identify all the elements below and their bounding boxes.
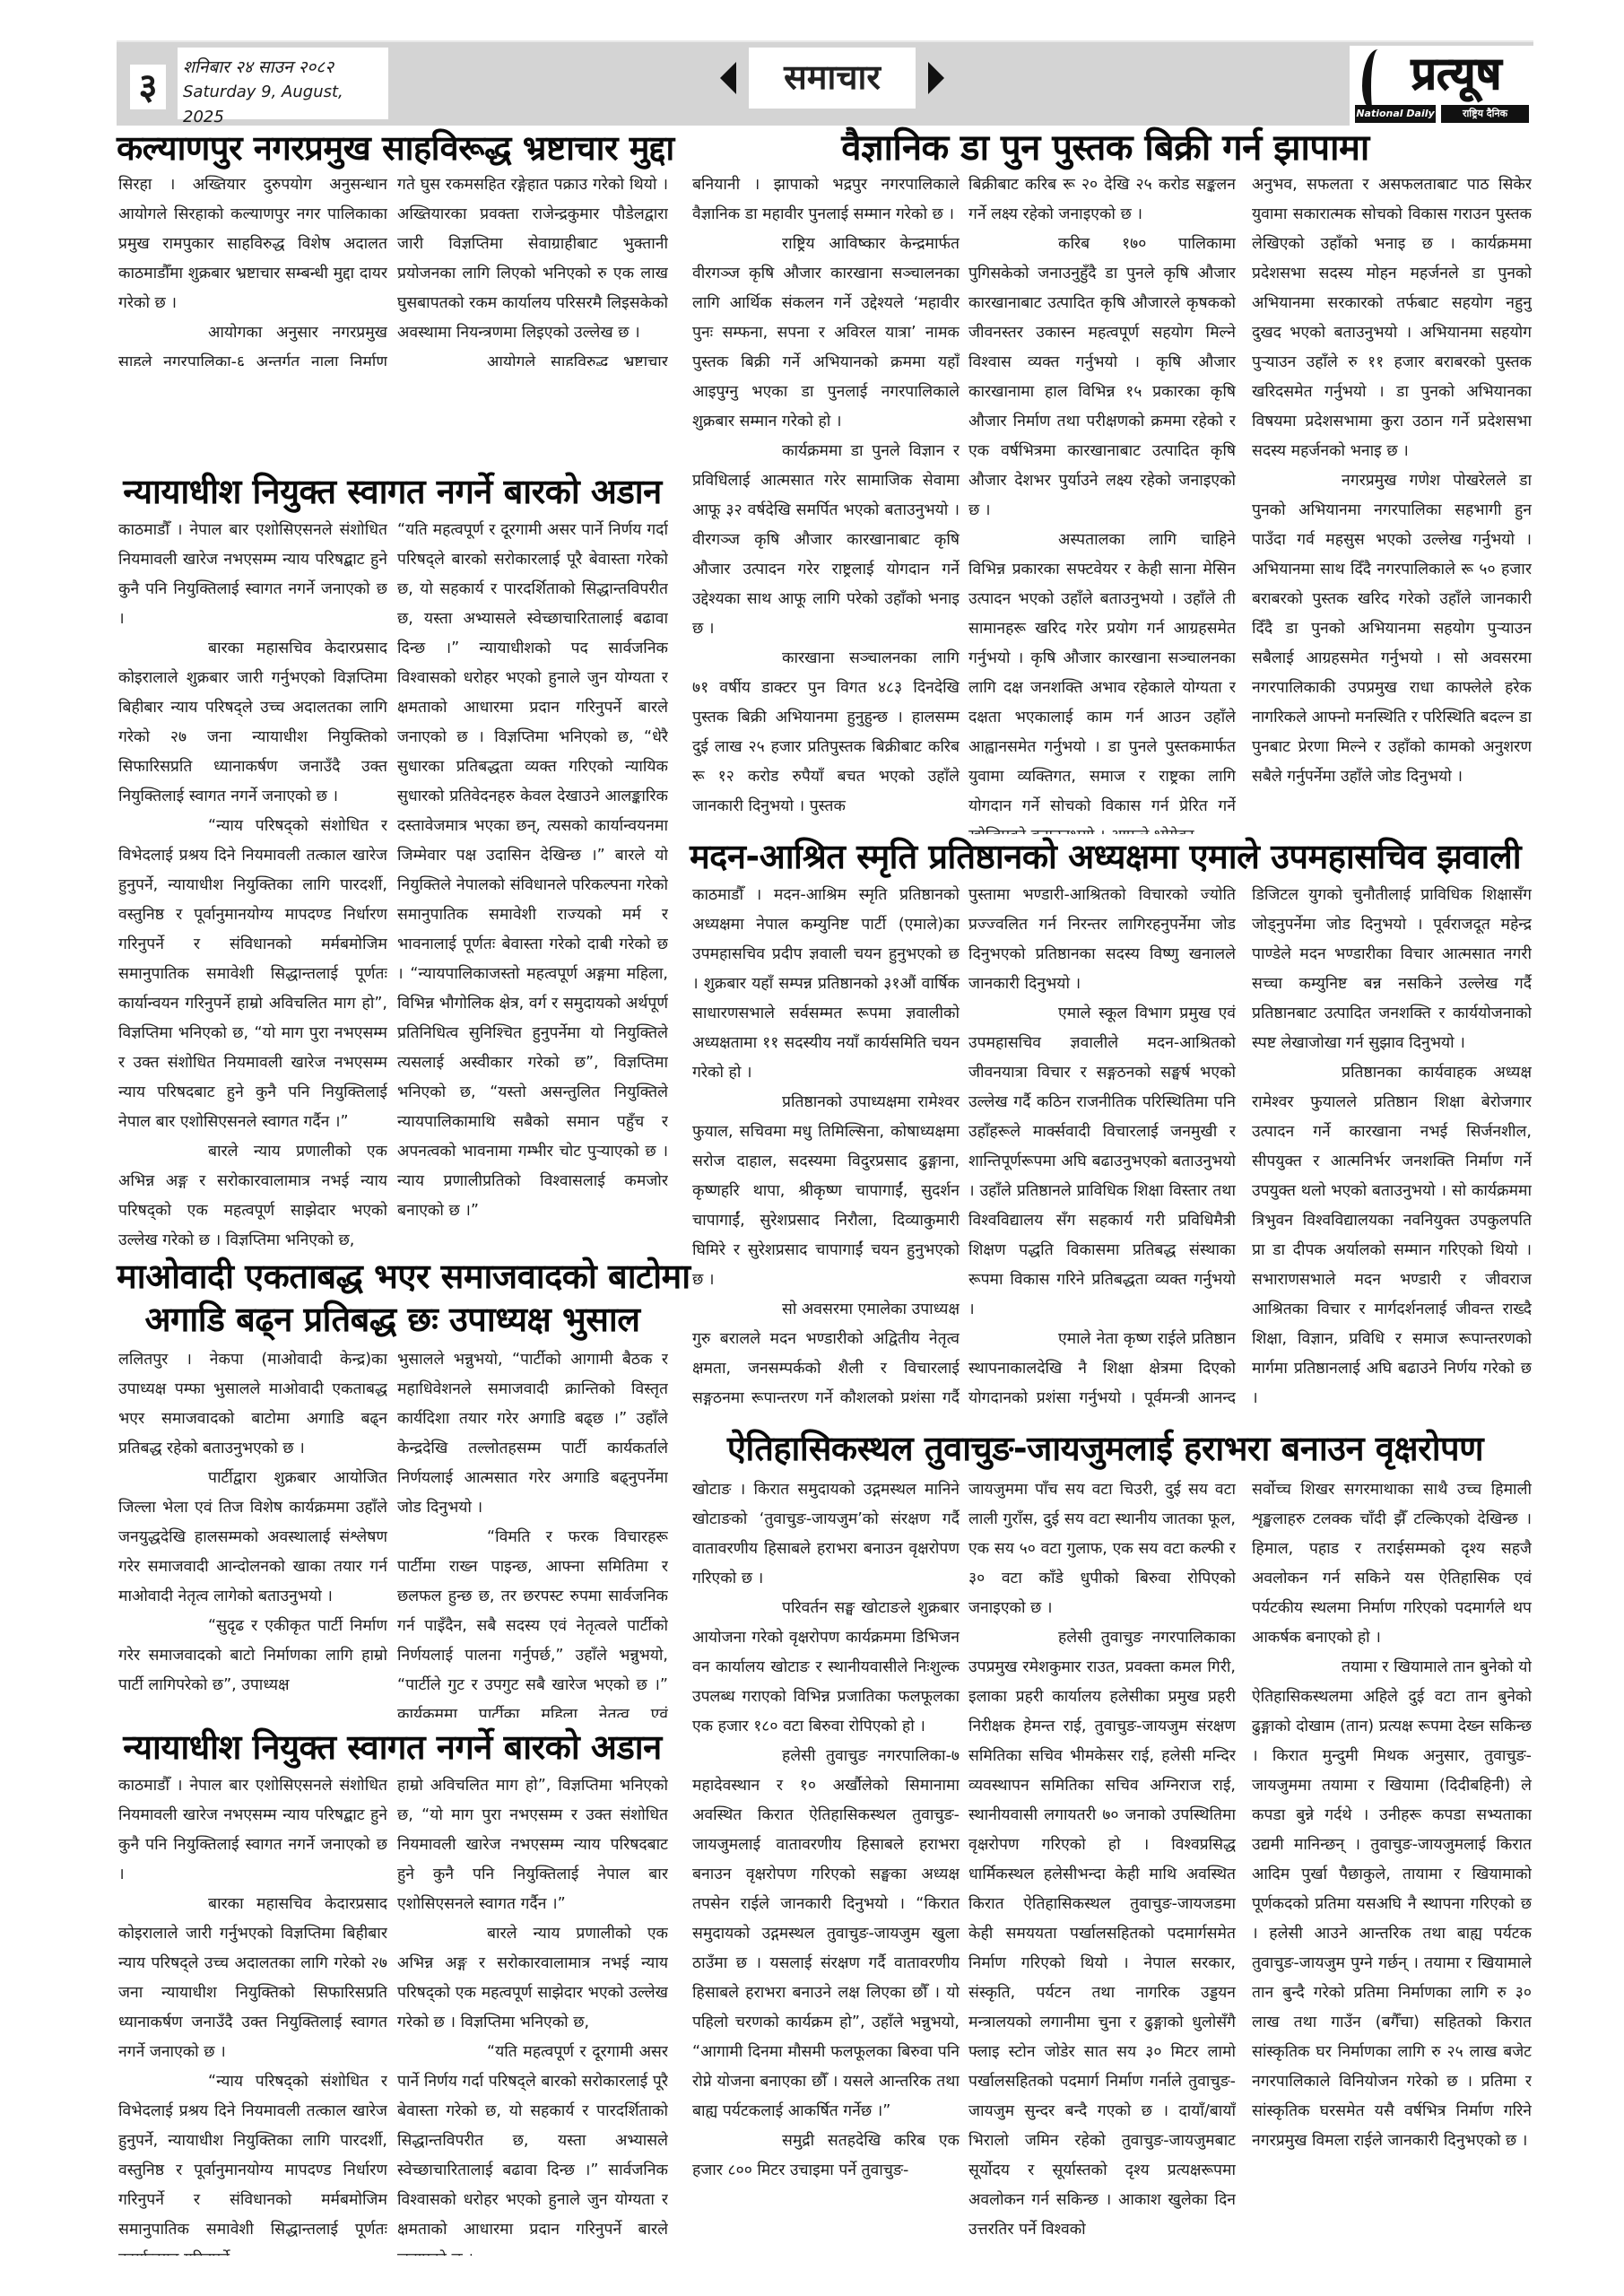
article-madan-col3: डिजिटल युगको चुनौतीलाई प्राविधिक शिक्षास… bbox=[1252, 881, 1532, 1410]
paragraph: करिब १७० पालिकामा पुगिसकेको जनाउनुहुँदै … bbox=[968, 230, 1236, 526]
paragraph: परिवर्तन सङ्घ खोटाङले शुक्रबार आयोजना गर… bbox=[692, 1594, 960, 1742]
paragraph: समुद्री सतहदेखि करिब एक हजार ८०० मिटर उच… bbox=[692, 2126, 960, 2186]
newspaper-logo: प्रत्यूष National Daily राष्ट्रिय दैनिक bbox=[1350, 46, 1533, 126]
masthead: ३ शनिबार २४ साउन २०८२ Saturday 9, August… bbox=[117, 40, 1533, 126]
paragraph: हलेसी तुवाचुङ नगरपालिका-७ महादेवस्थान र … bbox=[692, 1742, 960, 2126]
date-box: शनिबार २४ साउन २०८२ Saturday 9, August, … bbox=[178, 48, 388, 119]
article-tuwachung-col1: खोटाङ । किरात समुदायको उद्गमस्थल मानिने … bbox=[692, 1475, 960, 2265]
paragraph: बारले न्याय प्रणालीको एक अभिन्न अङ्ग र स… bbox=[118, 1137, 387, 1247]
paragraph: प्रतिष्ठानका कार्यवाहक अध्यक्ष रामेश्वर … bbox=[1252, 1058, 1532, 1410]
paragraph: सिरहा । अख्तियार दुरुपयोग अनुसन्धान आयोग… bbox=[118, 170, 387, 318]
paragraph: कारखाना सञ्चालनका लागि ७१ वर्षीय डाक्टर … bbox=[692, 644, 960, 822]
paragraph: पार्टीद्वारा शुक्रबार आयोजित जिल्ला भेला… bbox=[118, 1464, 387, 1612]
paragraph: “यति महत्वपूर्ण र दूरगामी असर पार्ने निर… bbox=[397, 2038, 668, 2256]
headline-pun: वैज्ञानिक डा पुन पुस्तक बिक्री गर्न झापा… bbox=[677, 127, 1533, 169]
article-pun-col1: बनियानी । झापाको भद्रपुर नगरपालिकाले वैज… bbox=[692, 170, 960, 834]
arrow-right-icon bbox=[928, 62, 944, 94]
section-tag: समाचार bbox=[720, 48, 944, 117]
paragraph: कार्यक्रममा डा पुनले विज्ञान र प्रविधिला… bbox=[692, 437, 960, 644]
article-tuwachung-col3: सर्वोच्च शिखर सगरमाथाका साथै उच्च हिमाली… bbox=[1252, 1475, 1532, 2265]
paragraph: खोटाङ । किरात समुदायको उद्गमस्थल मानिने … bbox=[692, 1475, 960, 1594]
logo-subtitle-english: National Daily bbox=[1355, 105, 1436, 123]
article-tuwachung-col2: जायजुममा पाँच सय वटा चिउरी, दुई सय वटा ल… bbox=[968, 1475, 1236, 2265]
paragraph: बारका महासचिव केदारप्रसाद कोइरालाले शुक्… bbox=[118, 634, 387, 812]
paragraph: सो अवसरमा एमालेका उपाध्यक्ष गुरु बरालले … bbox=[692, 1295, 960, 1410]
logo-title: प्रत्यूष bbox=[1384, 46, 1529, 103]
article-bar-2-col2: हाम्रो अविचलित माग हो”, विज्ञप्तिमा भनिए… bbox=[397, 1771, 668, 2256]
paragraph: अनुभव, सफलता र असफलताबाट पाठ सिकेर युवाम… bbox=[1252, 170, 1532, 466]
paragraph: एमाले स्कूल विभाग प्रमुख एवं उपमहासचिव ज… bbox=[968, 999, 1236, 1325]
page-number: ३ bbox=[130, 65, 166, 109]
paragraph: बारका महासचिव केदारप्रसाद कोइरालाले जारी… bbox=[118, 1890, 387, 2067]
headline-bar-1: न्यायाधीश नियुक्त स्वागत नगर्ने बारको अड… bbox=[117, 471, 668, 512]
date-nepali: शनिबार २४ साउन २०८२ bbox=[183, 55, 383, 80]
article-maoist-col1: ललितपुर । नेकपा (माओवादी केन्द्र)का उपाध… bbox=[118, 1345, 387, 1718]
paragraph: बिक्रीबाट करिब रू २० देखि २५ करोड सङ्कलन… bbox=[968, 170, 1236, 230]
paragraph: तयामा र खियामाले तान बुनेको यो ऐतिहासिकस… bbox=[1252, 1653, 1532, 2156]
headline-maoist-line2: अगाडि बढ्न प्रतिबद्ध छः उपाध्यक्ष भुसाल bbox=[117, 1299, 668, 1340]
paragraph: जायजुममा पाँच सय वटा चिउरी, दुई सय वटा ल… bbox=[968, 1475, 1236, 1623]
article-bar-1-col2: “यति महत्वपूर्ण र दूरगामी असर पार्ने निर… bbox=[397, 516, 668, 1247]
logo-subtitle-nepali: राष्ट्रिय दैनिक bbox=[1441, 105, 1529, 123]
paragraph: हलेसी तुवाचुङ नगरपालिकाका उपप्रमुख रमेशक… bbox=[968, 1623, 1236, 2245]
date-english: Saturday 9, August, 2025 bbox=[183, 80, 383, 130]
arrow-left-icon bbox=[720, 62, 736, 94]
paragraph: डिजिटल युगको चुनौतीलाई प्राविधिक शिक्षास… bbox=[1252, 881, 1532, 1058]
paragraph: “विमति र फरक विचारहरू पार्टीमा राख्न पाइ… bbox=[397, 1523, 668, 1718]
paragraph: भुसालले भन्नुभयो, “पार्टीको आगामी बैठक र… bbox=[397, 1345, 668, 1523]
headline-madan: मदन-आश्रित स्मृति प्रतिष्ठानको अध्यक्षमा… bbox=[677, 836, 1533, 877]
paragraph: “न्याय परिषद्को संशोधित र विभेदलाई प्रश्… bbox=[118, 812, 387, 1137]
paragraph: काठमाडौँ । मदन-आश्रिम स्मृति प्रतिष्ठानक… bbox=[692, 881, 960, 1088]
headline-tuwachung: ऐतिहासिकस्थल तुवाचुङ-जायजुमलाई हराभरा बन… bbox=[677, 1428, 1533, 1469]
paragraph: अस्पतालका लागि चाहिने विभिन्न प्रकारका स… bbox=[968, 526, 1236, 834]
paragraph: राष्ट्रिय आविष्कार केन्द्रमार्फत वीरगञ्ज… bbox=[692, 230, 960, 437]
article-madan-col1: काठमाडौँ । मदन-आश्रिम स्मृति प्रतिष्ठानक… bbox=[692, 881, 960, 1410]
article-maoist-col2: भुसालले भन्नुभयो, “पार्टीको आगामी बैठक र… bbox=[397, 1345, 668, 1718]
article-pun-col3: अनुभव, सफलता र असफलताबाट पाठ सिकेर युवाम… bbox=[1252, 170, 1532, 834]
paragraph: ललितपुर । नेकपा (माओवादी केन्द्र)का उपाध… bbox=[118, 1345, 387, 1464]
section-label: समाचार bbox=[749, 48, 916, 109]
paragraph: बनियानी । झापाको भद्रपुर नगरपालिकाले वैज… bbox=[692, 170, 960, 230]
paragraph: “न्याय परिषद्को संशोधित र विभेदलाई प्रश्… bbox=[118, 2067, 387, 2256]
paragraph: नगरप्रमुख गणेश पोखरेलले डा पुनको अभियानम… bbox=[1252, 466, 1532, 792]
paragraph: प्रतिष्ठानको उपाध्यक्षमा रामेश्वर फुयाल,… bbox=[692, 1088, 960, 1295]
article-bar-1-col1: काठमाडौँ । नेपाल बार एशोसिएसनले संशोधित … bbox=[118, 516, 387, 1247]
headline-kalyanpur: कल्याणपुर नगरप्रमुख साहविरूद्ध भ्रष्टाचा… bbox=[117, 127, 668, 169]
paragraph: एमाले नेता कृष्ण राईले प्रतिष्ठान स्थापन… bbox=[968, 1325, 1236, 1410]
paragraph: गते घुस रकमसहित रङ्गेहात पक्राउ गरेको थि… bbox=[397, 170, 668, 348]
paragraph: “यति महत्वपूर्ण र दूरगामी असर पार्ने निर… bbox=[397, 516, 668, 1226]
headline-maoist-line1: माओवादी एकताबद्ध भएर समाजवादको बाटोमा bbox=[117, 1256, 668, 1297]
paragraph: आयोगका अनुसार नगरप्रमुख साहले नगरपालिका-… bbox=[118, 318, 387, 366]
paragraph: बारले न्याय प्रणालीको एक अभिन्न अङ्ग र स… bbox=[397, 1919, 668, 2038]
paragraph: आयोगले साहविरुद्ध भ्रष्टाचार निवारण ऐन, … bbox=[397, 348, 668, 366]
paragraph: सर्वोच्च शिखर सगरमाथाका साथै उच्च हिमाली… bbox=[1252, 1475, 1532, 1653]
paragraph: काठमाडौँ । नेपाल बार एशोसिएसनले संशोधित … bbox=[118, 516, 387, 634]
article-pun-col2: बिक्रीबाट करिब रू २० देखि २५ करोड सङ्कलन… bbox=[968, 170, 1236, 834]
headline-bar-2: न्यायाधीश नियुक्त स्वागत नगर्ने बारको अड… bbox=[117, 1726, 668, 1768]
paragraph: काठमाडौँ । नेपाल बार एशोसिएसनले संशोधित … bbox=[118, 1771, 387, 1890]
paragraph: “सुदृढ र एकीकृत पार्टी निर्माण गरेर समाज… bbox=[118, 1612, 387, 1700]
article-kalyanpur-col2: गते घुस रकमसहित रङ्गेहात पक्राउ गरेको थि… bbox=[397, 170, 668, 366]
paragraph: हाम्रो अविचलित माग हो”, विज्ञप्तिमा भनिए… bbox=[397, 1771, 668, 1919]
paragraph: पुस्तामा भण्डारी-आश्रितको विचारको ज्योति… bbox=[968, 881, 1236, 999]
article-madan-col2: पुस्तामा भण्डारी-आश्रितको विचारको ज्योति… bbox=[968, 881, 1236, 1410]
article-kalyanpur-col1: सिरहा । अख्तियार दुरुपयोग अनुसन्धान आयोग… bbox=[118, 170, 387, 366]
article-bar-2-col1: काठमाडौँ । नेपाल बार एशोसिएसनले संशोधित … bbox=[118, 1771, 387, 2256]
